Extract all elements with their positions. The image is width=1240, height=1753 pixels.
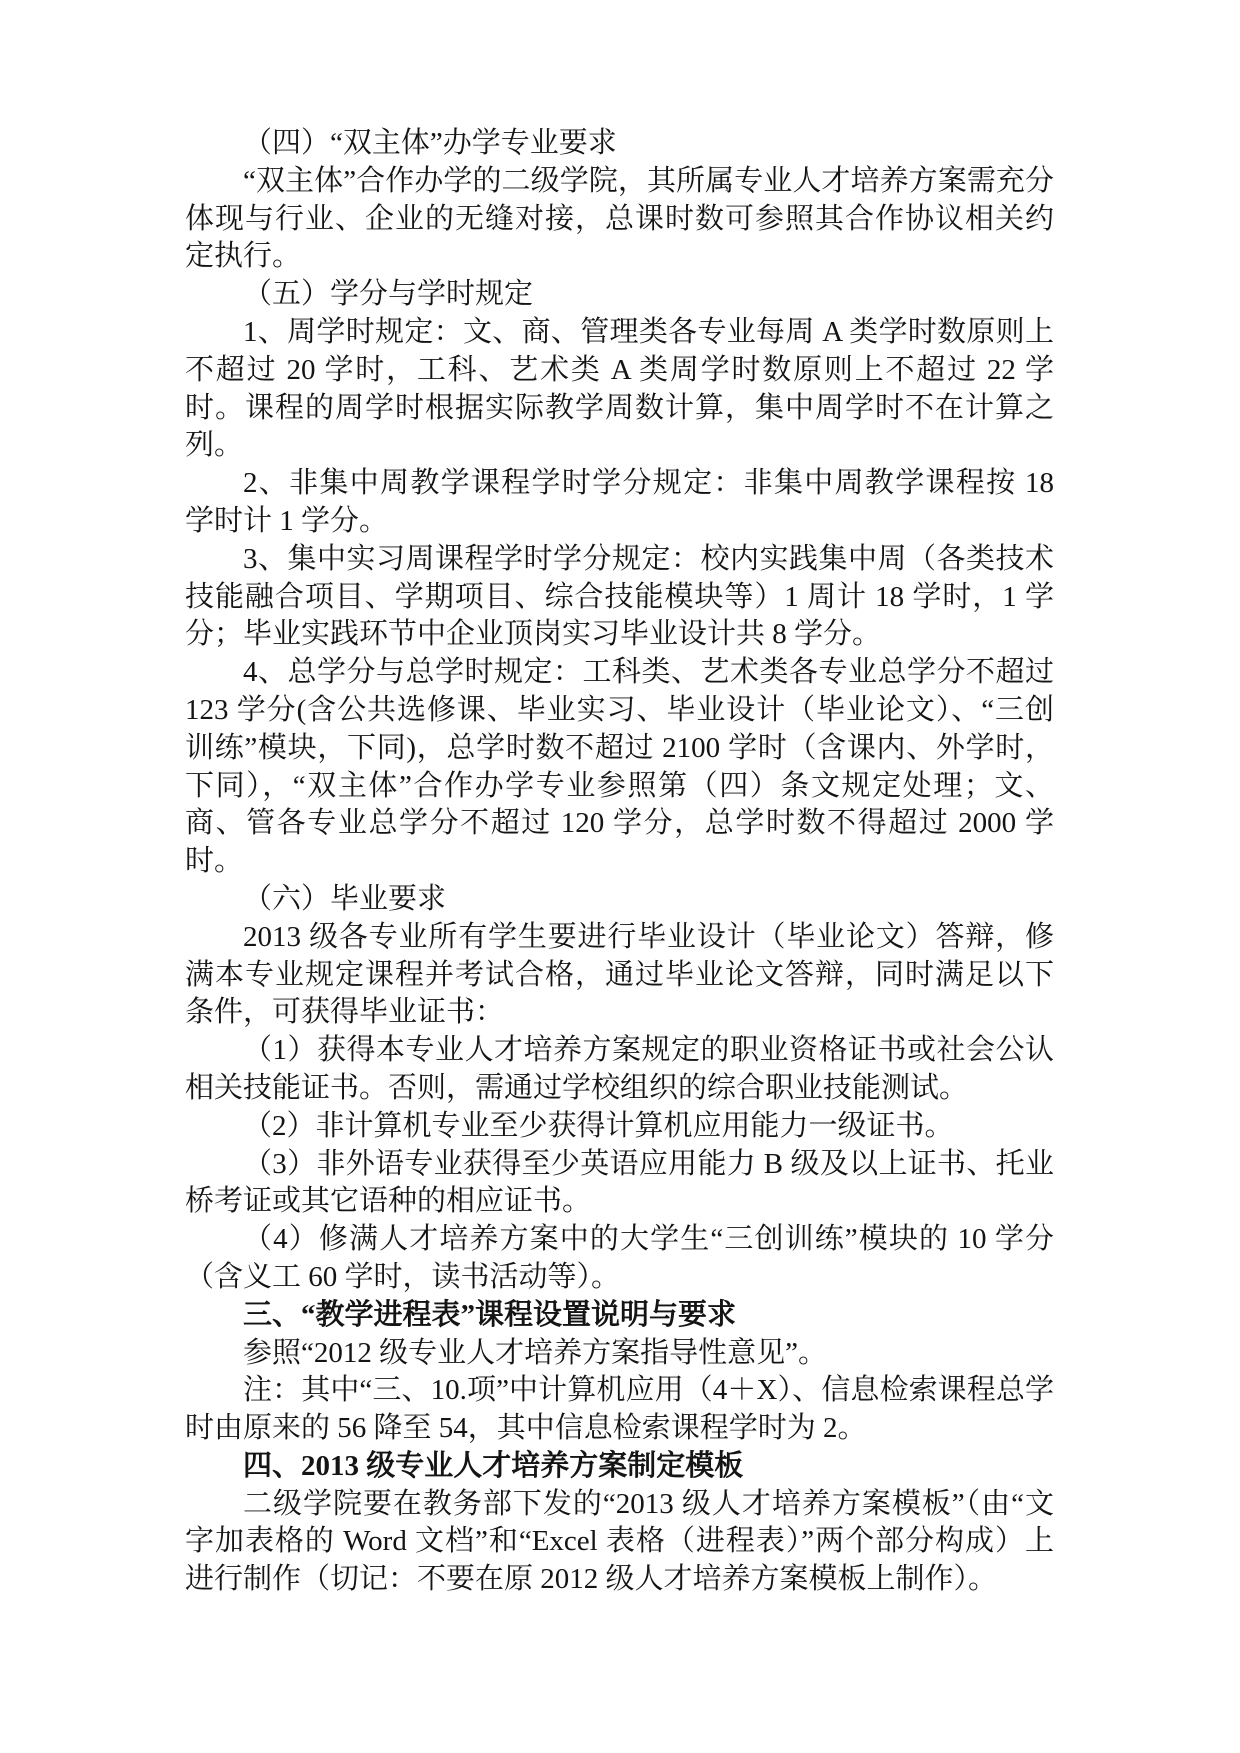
section-heading-6-graduation-requirements: （六）毕业要求: [185, 881, 1054, 919]
para-condition-2-computer-certificate: （2）非计算机专业至少获得计算机应用能力一级证书。: [185, 1108, 1054, 1146]
para-condition-4-training-module-credits: （4）修满人才培养方案中的大学生“三创训练”模块的 10 学分（含义工 60 学…: [185, 1221, 1054, 1297]
para-item-4-total-credits-hours: 4、总学分与总学时规定：工科类、艺术类各专业总学分不超过 123 学分(含公共选…: [185, 654, 1054, 881]
para-item-3-concentrated-practice-week: 3、集中实习周课程学时学分规定：校内实践集中周（各类技术技能融合项目、学期项目、…: [185, 541, 1054, 654]
section-heading-4-dual-subject-requirements: （四）“双主体”办学专业要求: [185, 125, 1054, 163]
document-page: （四）“双主体”办学专业要求 “双主体”合作办学的二级学院，其所属专业人才培养方…: [0, 0, 1240, 1753]
para-template-instructions: 二级学院要在教务部下发的“2013 级人才培养方案模板”（由“文字加表格的 Wo…: [185, 1486, 1054, 1599]
para-item-1-weekly-hours: 1、周学时规定：文、商、管理类各专业每周 A 类学时数原则上不超过 20 学时，…: [185, 314, 1054, 465]
para-item-2-non-concentrated-week: 2、非集中周教学课程学时学分规定：非集中周教学课程按 18 学时计 1 学分。: [185, 465, 1054, 541]
para-refer-2012-guidance: 参照“2012 级专业人才培养方案指导性意见”。: [185, 1335, 1054, 1373]
section-heading-5-credit-hour-rules: （五）学分与学时规定: [185, 276, 1054, 314]
document-body: （四）“双主体”办学专业要求 “双主体”合作办学的二级学院，其所属专业人才培养方…: [185, 125, 1054, 1599]
section-heading-4-template-2013: 四、2013 级专业人才培养方案制定模板: [185, 1448, 1054, 1486]
para-dual-subject-cooperation: “双主体”合作办学的二级学院，其所属专业人才培养方案需充分体现与行业、企业的无缝…: [185, 163, 1054, 276]
para-condition-3-english-certificate: （3）非外语专业获得至少英语应用能力 B 级及以上证书、托业桥考证或其它语种的相…: [185, 1146, 1054, 1222]
section-heading-3-teaching-schedule: 三、“教学进程表”课程设置说明与要求: [185, 1297, 1054, 1335]
para-graduation-overview: 2013 级各专业所有学生要进行毕业设计（毕业论文）答辩，修满本专业规定课程并考…: [185, 919, 1054, 1032]
para-note-computer-application-hours: 注：其中“三、10.项”中计算机应用（4＋X）、信息检索课程总学时由原来的 56…: [185, 1372, 1054, 1448]
para-condition-1-vocational-certificate: （1）获得本专业人才培养方案规定的职业资格证书或社会公认相关技能证书。否则，需通…: [185, 1032, 1054, 1108]
